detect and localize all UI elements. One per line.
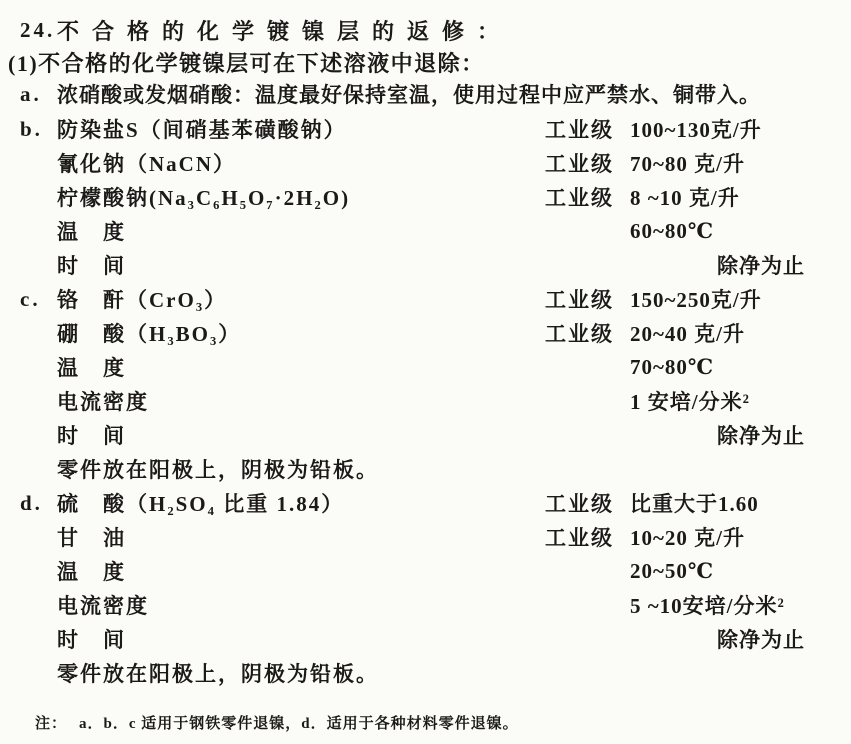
row-name: 时 间: [57, 624, 545, 654]
item-a-letter: a.: [20, 82, 57, 107]
row-value: 1 安培/分米²: [630, 386, 831, 416]
row-value: 60~80℃: [630, 218, 831, 244]
row-grade: 工业级: [545, 114, 630, 144]
table-row: 时 间除净为止: [20, 622, 831, 656]
row-grade: 工业级: [545, 182, 630, 212]
row-grade: 工业级: [545, 148, 630, 178]
subsection-heading: (1)不合格的化学镀镍层可在下述溶液中退除：: [8, 46, 831, 78]
row-name: 零件放在阳极上，阴极为铅板。: [57, 658, 545, 688]
row-name: 甘 油: [57, 522, 545, 552]
row-value: 10~20 克/升: [630, 522, 831, 552]
table-row: 温 度70~80℃: [20, 350, 831, 384]
row-letter: b.: [20, 117, 57, 142]
row-name: 防染盐S（间硝基苯磺酸钠）: [57, 114, 545, 144]
row-value: 除净为止: [630, 250, 831, 280]
row-value: 70~80 克/升: [630, 148, 831, 178]
table-row: 甘 油工业级10~20 克/升: [20, 520, 831, 554]
row-name: 硼 酸（H₃BO₃）: [57, 318, 545, 348]
footnote-text: a．b．c 适用于钢铁零件退镍，d．适用于各种材料零件退镍。: [79, 712, 519, 733]
row-name: 氰化钠（NaCN）: [57, 148, 545, 178]
row-name: 电流密度: [57, 590, 545, 620]
section-number: 24.: [20, 18, 57, 43]
row-name: 时 间: [57, 250, 545, 280]
row-grade: 工业级: [545, 488, 630, 518]
table-row: 电流密度5 ~10安培/分米²: [20, 588, 831, 622]
subsection-heading-text: (1)不合格的化学镀镍层可在下述溶液中退除：: [8, 47, 485, 78]
table-row: 温 度20~50℃: [20, 554, 831, 588]
row-grade: 工业级: [545, 522, 630, 552]
item-a-line: a. 浓硝酸或发烟硝酸：温度最好保持室温，使用过程中应严禁水、铜带入。: [20, 78, 831, 110]
table-row: c.铬 酐（CrO₃）工业级150~250克/升: [20, 282, 831, 316]
footnote-label: 注：: [35, 712, 67, 733]
table-row: 零件放在阳极上，阴极为铅板。: [20, 656, 831, 690]
row-value: 150~250克/升: [630, 284, 831, 314]
row-value: 70~80℃: [630, 354, 831, 380]
row-name: 柠檬酸钠(Na₃C₆H₅O₇·2H₂O): [57, 182, 545, 212]
row-grade: 工业级: [545, 284, 630, 314]
spec-table: b.防染盐S（间硝基苯磺酸钠）工业级100~130克/升氰化钠（NaCN）工业级…: [20, 112, 831, 690]
table-row: 零件放在阳极上，阴极为铅板。: [20, 452, 831, 486]
table-row: b.防染盐S（间硝基苯磺酸钠）工业级100~130克/升: [20, 112, 831, 146]
row-value: 20~40 克/升: [630, 318, 831, 348]
table-row: d.硫 酸（H₂SO₄ 比重 1.84）工业级比重大于1.60: [20, 486, 831, 520]
section-title: 24. 不合格的化学镀镍层的返修：: [20, 14, 831, 46]
table-row: 电流密度1 安培/分米²: [20, 384, 831, 418]
table-row: 时 间除净为止: [20, 418, 831, 452]
row-value: 除净为止: [630, 420, 831, 450]
row-value: 除净为止: [630, 624, 831, 654]
row-name: 时 间: [57, 420, 545, 450]
row-grade: 工业级: [545, 318, 630, 348]
row-name: 温 度: [57, 352, 545, 382]
row-name: 硫 酸（H₂SO₄ 比重 1.84）: [57, 488, 545, 518]
table-row: 硼 酸（H₃BO₃）工业级20~40 克/升: [20, 316, 831, 350]
row-name: 电流密度: [57, 386, 545, 416]
row-letter: d.: [20, 491, 57, 516]
table-row: 时 间除净为止: [20, 248, 831, 282]
row-name: 温 度: [57, 556, 545, 586]
table-row: 氰化钠（NaCN）工业级70~80 克/升: [20, 146, 831, 180]
row-name: 温 度: [57, 216, 545, 246]
table-row: 柠檬酸钠(Na₃C₆H₅O₇·2H₂O)工业级8 ~10 克/升: [20, 180, 831, 214]
row-value: 8 ~10 克/升: [630, 182, 831, 212]
row-letter: c.: [20, 287, 57, 312]
footnote: 注： a．b．c 适用于钢铁零件退镍，d．适用于各种材料零件退镍。: [35, 712, 831, 733]
row-name: 铬 酐（CrO₃）: [57, 284, 545, 314]
table-row: 温 度60~80℃: [20, 214, 831, 248]
row-value: 100~130克/升: [630, 114, 831, 144]
row-value: 5 ~10安培/分米²: [630, 590, 831, 620]
row-value: 20~50℃: [630, 558, 831, 584]
row-name: 零件放在阳极上，阴极为铅板。: [57, 454, 545, 484]
row-value: 比重大于1.60: [630, 488, 831, 518]
document-page: 24. 不合格的化学镀镍层的返修： (1)不合格的化学镀镍层可在下述溶液中退除：…: [0, 0, 851, 744]
item-a-text: 浓硝酸或发烟硝酸：温度最好保持室温，使用过程中应严禁水、铜带入。: [57, 79, 761, 109]
section-title-text: 不合格的化学镀镍层的返修：: [57, 15, 512, 46]
